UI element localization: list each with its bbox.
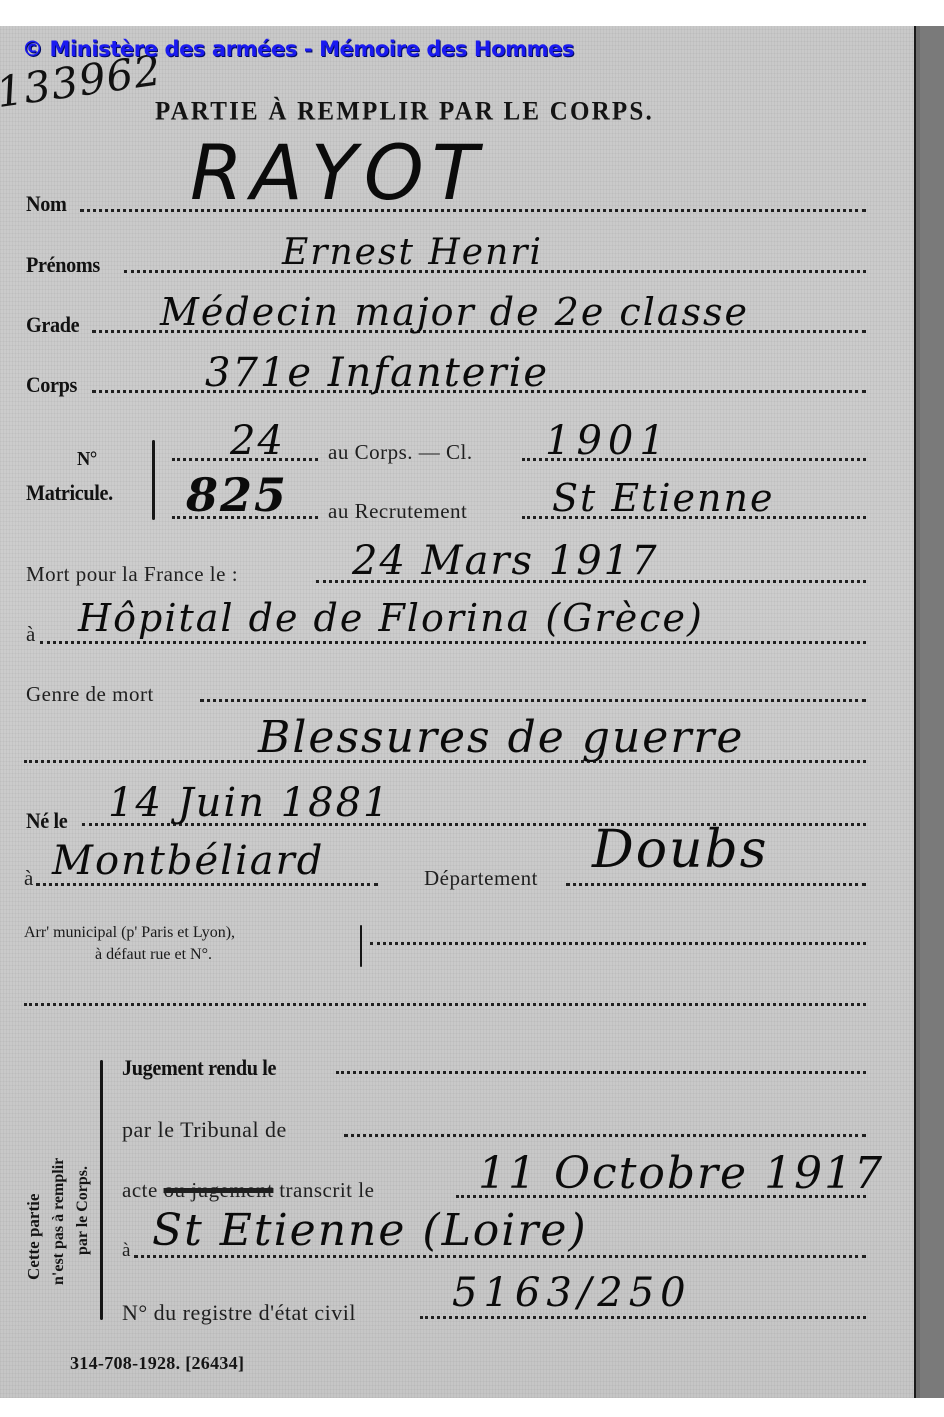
label-ne-le: Né le bbox=[26, 808, 67, 834]
label-corps: Corps bbox=[26, 372, 77, 398]
form-heading: PARTIE À REMPLIR PAR LE CORPS. bbox=[155, 97, 654, 126]
value-transcrit-le: 11 Octobre 1917 bbox=[478, 1148, 884, 1199]
value-corps: 371e Infanterie bbox=[205, 350, 549, 396]
value-date-deces: 24 Mars 1917 bbox=[352, 538, 659, 584]
label-nom: Nom bbox=[26, 191, 66, 217]
value-grade: Médecin major de 2e classe bbox=[160, 290, 749, 334]
value-departement: Doubs bbox=[592, 820, 768, 880]
value-classe: 1901 bbox=[545, 418, 671, 464]
label-departement: Département bbox=[424, 866, 538, 891]
label-grade: Grade bbox=[26, 312, 79, 338]
form-print-reference: 314-708-1928. [26434] bbox=[70, 1353, 244, 1374]
fill-line-tribunal bbox=[344, 1134, 866, 1137]
side-note-brace bbox=[100, 1060, 103, 1320]
side-note-line-2: n'est pas à remplir bbox=[50, 1158, 68, 1285]
label-jugement-rendu: Jugement rendu le bbox=[122, 1055, 276, 1081]
label-arr-municipal-2: à défaut rue et N°. bbox=[95, 946, 212, 964]
value-registre: 5163/250 bbox=[452, 1270, 692, 1316]
value-nom: RAYOT bbox=[190, 128, 486, 217]
label-mort-pour-la-france: Mort pour la France le : bbox=[26, 562, 238, 587]
separator-line bbox=[24, 1003, 866, 1006]
arr-brace bbox=[360, 925, 362, 967]
label-acte-suffix: transcrit le bbox=[279, 1178, 374, 1202]
label-tribunal: par le Tribunal de bbox=[122, 1117, 287, 1143]
fill-line-departement bbox=[566, 883, 866, 886]
label-arr-municipal-1: Arr' municipal (p' Paris et Lyon), bbox=[24, 924, 235, 942]
value-genre-de-mort: Blessures de guerre bbox=[258, 712, 744, 763]
side-note-line-1: Cette partie bbox=[24, 1194, 44, 1280]
label-transcrit-a: à bbox=[122, 1240, 131, 1262]
label-genre-de-mort: Genre de mort bbox=[26, 682, 154, 707]
label-prenoms: Prénoms bbox=[26, 252, 100, 278]
value-date-naissance: 14 Juin 1881 bbox=[108, 780, 390, 826]
label-au-corps: au Corps. — Cl. bbox=[328, 440, 473, 465]
label-matricule: Matricule. bbox=[26, 480, 113, 506]
label-lieu-naissance: à bbox=[24, 866, 34, 891]
fill-line-registre bbox=[420, 1316, 866, 1319]
value-lieu-deces: Hôpital de de Florina (Grèce) bbox=[78, 596, 704, 640]
fill-line-jugement-rendu bbox=[336, 1071, 866, 1074]
matricule-brace bbox=[152, 440, 155, 520]
fill-line-genre-de-mort bbox=[200, 699, 866, 702]
value-prenoms: Ernest Henri bbox=[282, 232, 543, 273]
fill-line-arr-municipal bbox=[370, 942, 866, 945]
label-acte-struck: ou jugement bbox=[164, 1178, 274, 1202]
value-recrutement: St Etienne bbox=[552, 476, 774, 520]
label-acte-prefix: acte bbox=[122, 1178, 158, 1202]
fill-line-lieu-deces bbox=[40, 641, 866, 644]
value-matricule-recrutement: 825 bbox=[186, 468, 288, 522]
value-matricule-corps: 24 bbox=[230, 418, 285, 464]
label-matricule-no: N° bbox=[77, 448, 97, 471]
label-lieu-deces: à bbox=[26, 622, 36, 647]
copyright-watermark: © Ministère des armées - Mémoire des Hom… bbox=[22, 37, 574, 61]
label-registre: N° du registre d'état civil bbox=[122, 1300, 356, 1326]
value-transcrit-a: St Etienne (Loire) bbox=[152, 1205, 588, 1256]
label-acte: acte ou jugement transcrit le bbox=[122, 1178, 374, 1203]
side-note-line-3: par le Corps. bbox=[74, 1166, 92, 1255]
card-edge-shadow bbox=[914, 26, 944, 1398]
label-au-recrutement: au Recrutement bbox=[328, 499, 467, 524]
value-lieu-naissance: Montbéliard bbox=[52, 838, 324, 884]
